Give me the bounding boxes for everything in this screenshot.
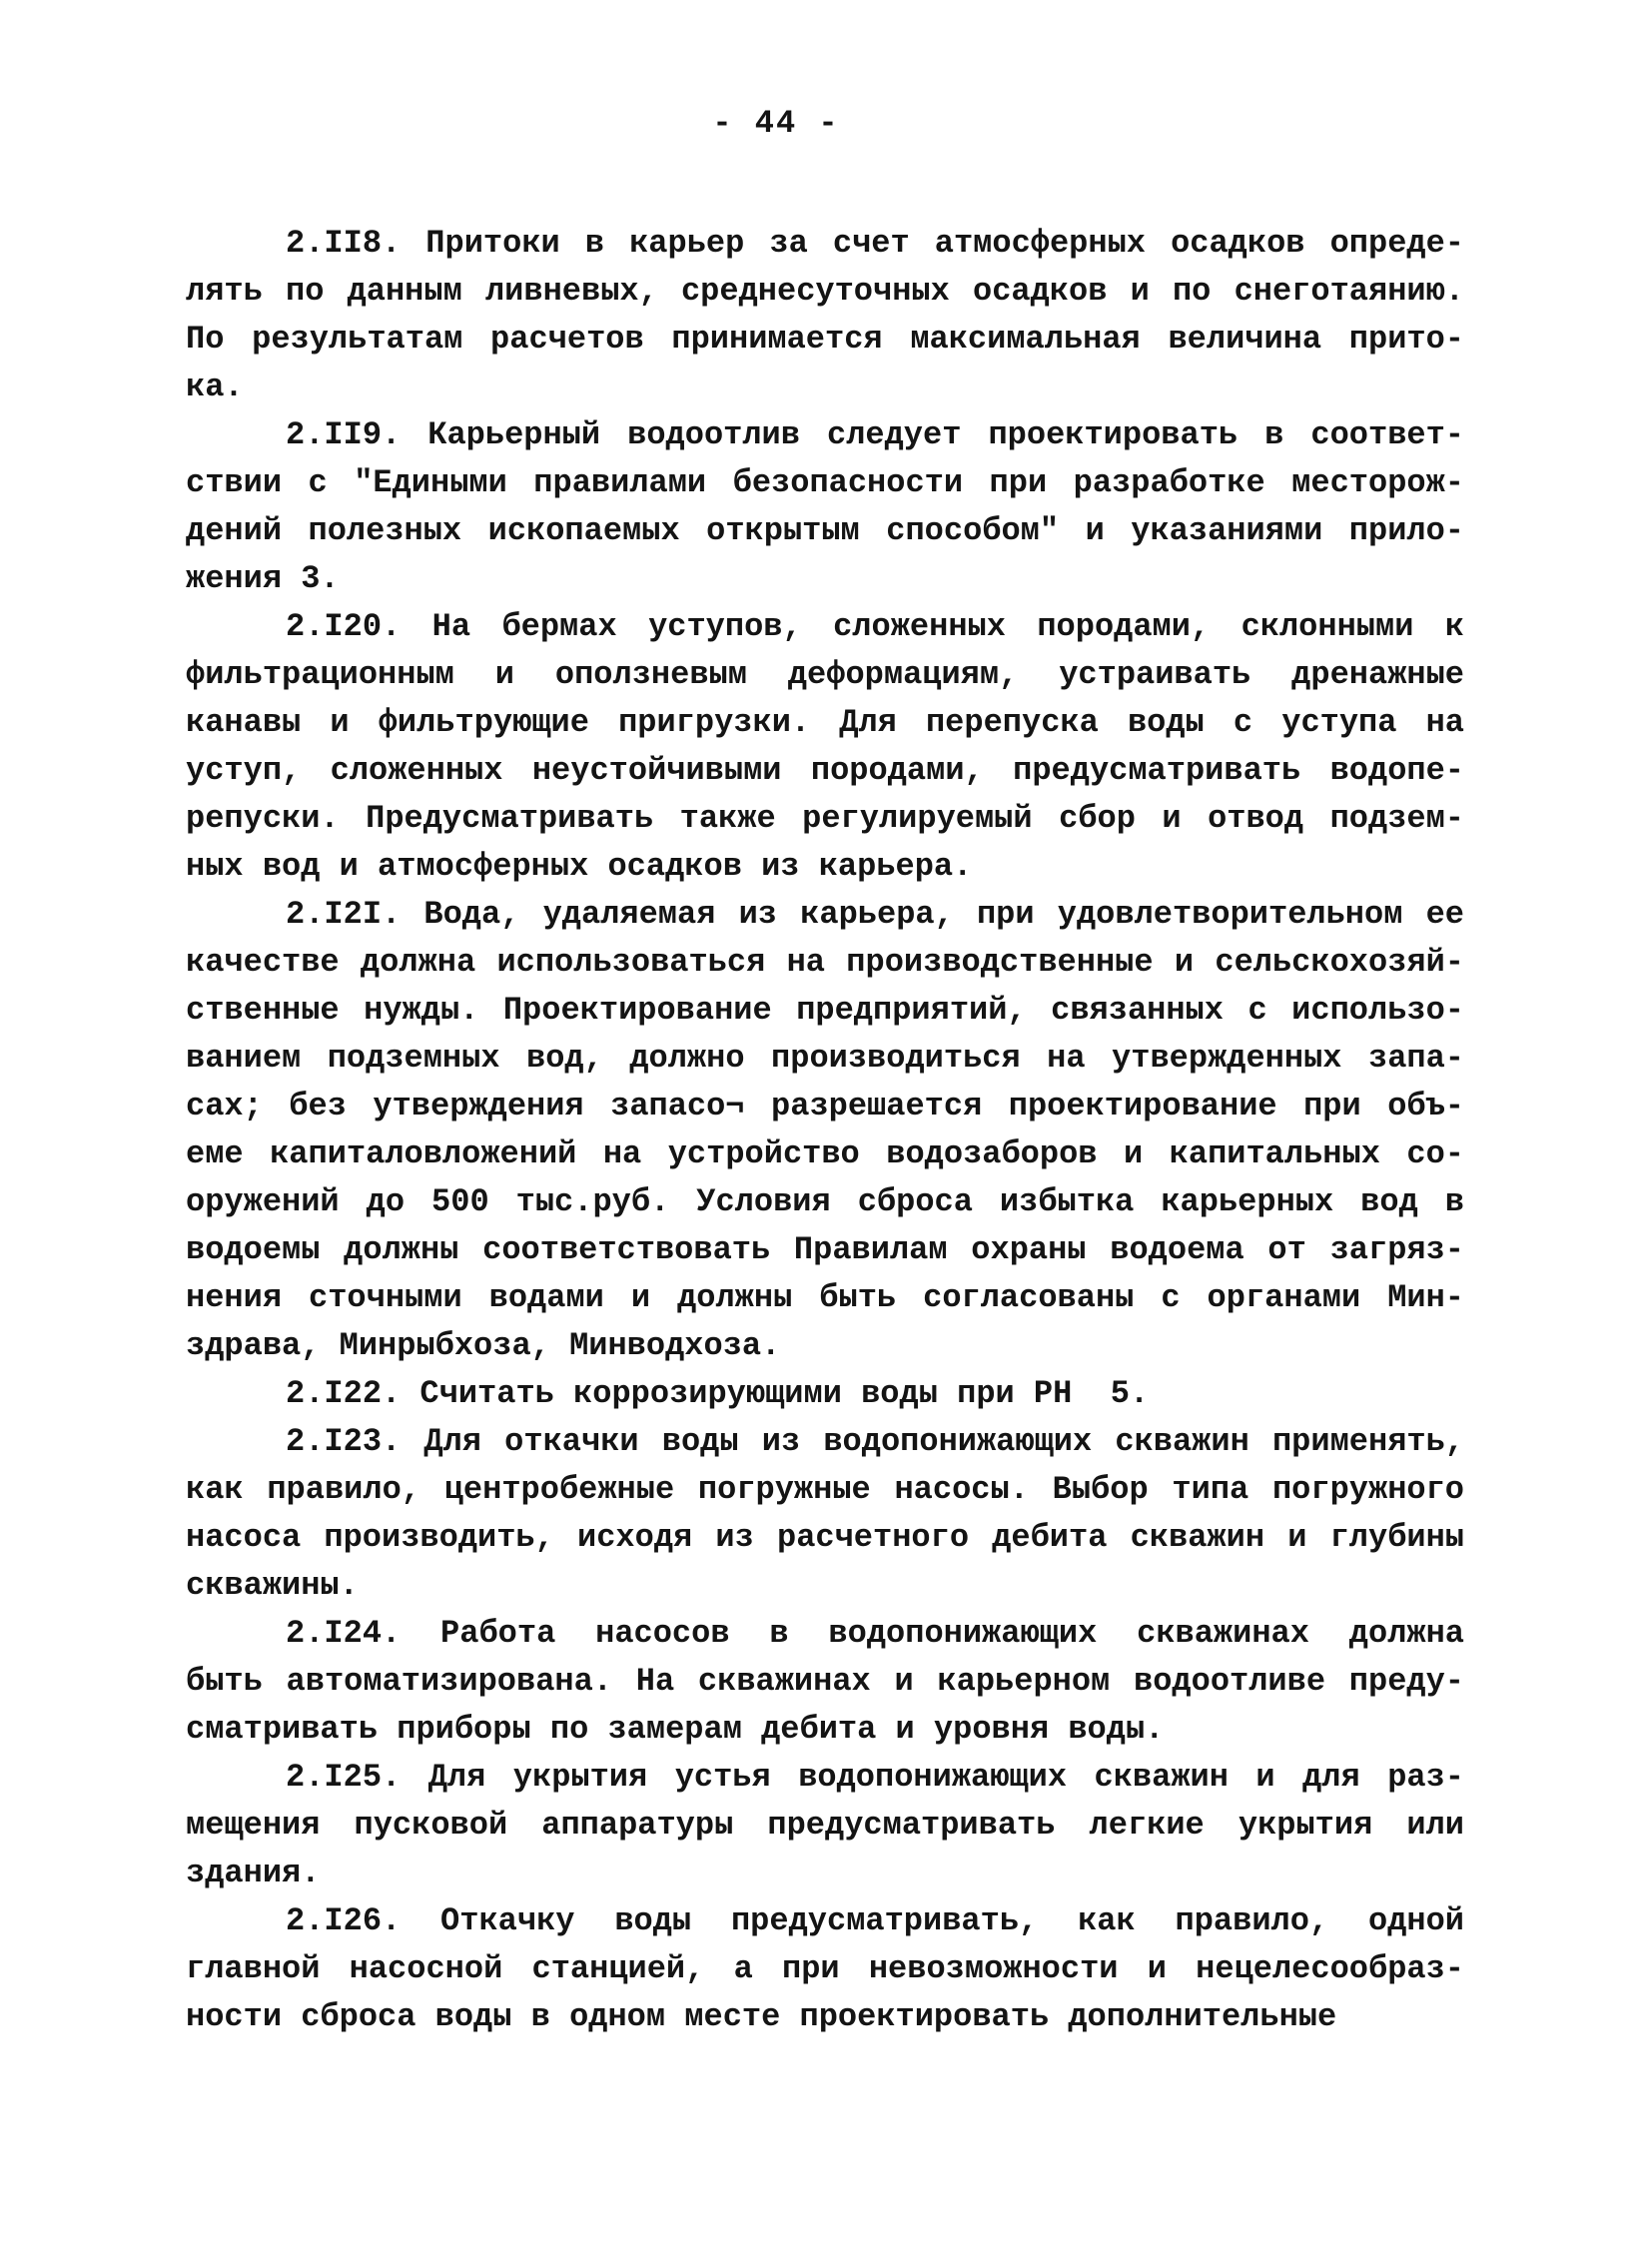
text-line: здрава, Минрыбхоза, Минводхоза. [186,1322,1464,1370]
text-line: как правило, центробежные погружные насо… [186,1466,1464,1514]
text-line: оружений до 500 тыс.руб. Условия сброса … [186,1178,1464,1226]
text-line: скважины. [186,1562,1464,1610]
text-line: еме капиталовложений на устройство водоз… [186,1130,1464,1178]
text-line: 2.I23. Для откачки воды из водопонижающи… [186,1418,1464,1466]
text-line: ствии с "Едиными правилами безопасности … [186,459,1464,507]
text-line: 2.II8. Притоки в карьер за счет атмосфер… [186,220,1464,268]
text-line: ных вод и атмосферных осадков из карьера… [186,843,1464,891]
paragraph: 2.I22. Считать коррозирующими воды при Р… [186,1370,1464,1418]
text-line: качестве должна использоваться на произв… [186,939,1464,987]
text-line: 2.I2I. Вода, удаляемая из карьера, при у… [186,891,1464,939]
text-line: главной насосной станцией, а при невозмо… [186,1945,1464,1993]
text-line: уступ, сложенных неустойчивыми породами,… [186,747,1464,795]
text-line: мещения пусковой аппаратуры предусматрив… [186,1802,1464,1850]
paragraph: 2.I26. Откачку воды предусматривать, как… [186,1897,1464,2041]
document-body: 2.II8. Притоки в карьер за счет атмосфер… [186,220,1464,2041]
text-line: здания. [186,1850,1464,1897]
scanned-document-page: - 44 - 2.II8. Притоки в карьер за счет а… [0,0,1652,2241]
text-line: ственные нужды. Проектирование предприят… [186,987,1464,1035]
paragraph: 2.II9. Карьерный водоотлив следует проек… [186,411,1464,603]
paragraph: 2.II8. Притоки в карьер за счет атмосфер… [186,220,1464,411]
text-line: нения сточными водами и должны быть согл… [186,1274,1464,1322]
text-line: лять по данным ливневых, среднесуточных … [186,268,1464,316]
text-line: ка. [186,364,1464,411]
text-line: быть автоматизирована. На скважинах и ка… [186,1658,1464,1706]
text-line: 2.I22. Считать коррозирующими воды при Р… [186,1370,1464,1418]
text-line: сматривать приборы по замерам дебита и у… [186,1706,1464,1754]
text-line: 2.I24. Работа насосов в водопонижающих с… [186,1610,1464,1658]
text-line: сах; без утверждения запасо¬ разрешается… [186,1083,1464,1130]
text-line: По результатам расчетов принимается макс… [186,316,1464,364]
text-line: фильтрационным и оползневым деформациям,… [186,651,1464,699]
paragraph: 2.I20. На бермах уступов, сложенных поро… [186,603,1464,891]
text-line: 2.II9. Карьерный водоотлив следует проек… [186,411,1464,459]
paragraph: 2.I24. Работа насосов в водопонижающих с… [186,1610,1464,1754]
text-line: ности сброса воды в одном месте проектир… [186,1993,1464,2041]
text-line: репуски. Предусматривать также регулируе… [186,795,1464,843]
paragraph: 2.I23. Для откачки воды из водопонижающи… [186,1418,1464,1610]
page-number: - 44 - [0,100,1602,148]
text-line: 2.I26. Откачку воды предусматривать, как… [186,1897,1464,1945]
text-line: ванием подземных вод, должно производить… [186,1035,1464,1083]
text-line: канавы и фильтрующие пригрузки. Для пере… [186,699,1464,747]
text-line: 2.I25. Для укрытия устья водопонижающих … [186,1754,1464,1802]
paragraph: 2.I25. Для укрытия устья водопонижающих … [186,1754,1464,1897]
paragraph: 2.I2I. Вода, удаляемая из карьера, при у… [186,891,1464,1370]
text-line: водоемы должны соответствовать Правилам … [186,1226,1464,1274]
text-line: дений полезных ископаемых открытым спосо… [186,507,1464,555]
text-line: 2.I20. На бермах уступов, сложенных поро… [186,603,1464,651]
text-line: насоса производить, исходя из расчетного… [186,1514,1464,1562]
text-line: жения 3. [186,555,1464,603]
